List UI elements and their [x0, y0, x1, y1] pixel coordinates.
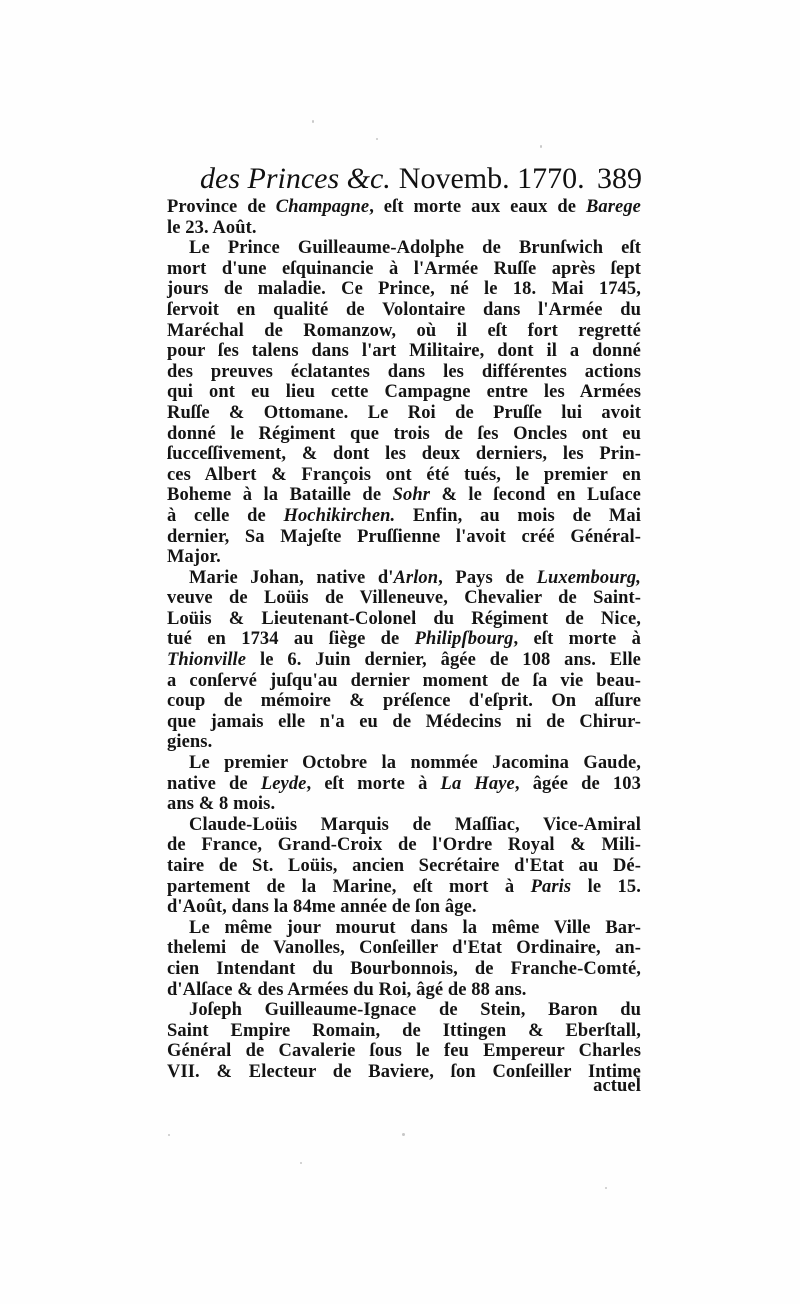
scan-speck [376, 138, 378, 140]
catchword-line: actuel [167, 1076, 641, 1097]
text-run: cien Intendant du Bourbonnois, de Franch… [167, 959, 641, 979]
text-line: ces Albert & François ont été tués, le p… [167, 465, 641, 486]
text-line: tué en 1734 au ſiège de Philipſbourg, eſ… [167, 629, 641, 650]
text-run: Ruſſe & Ottomane. Le Roi de Pruſſe lui a… [167, 403, 641, 423]
text-line: Marie Johan, native d'Arlon, Pays de Lux… [167, 568, 641, 589]
text-run: Le Prince Guilleaume-Adolphe de Brunſwic… [189, 238, 641, 258]
text-line: taire de St. Loüis, ancien Secrétaire d'… [167, 856, 641, 877]
body-text: Province de Champagne, eſt morte aux eau… [167, 197, 641, 1083]
text-run: dernier, Sa Majeſte Pruſſienne l'avoit c… [167, 527, 641, 547]
text-run: ſucceſſivement, & dont les deux derniers… [167, 444, 641, 464]
scan-speck [312, 120, 314, 123]
text-run: , Pays de [438, 568, 536, 588]
text-run: Le même jour mourut dans la même Ville B… [189, 918, 641, 938]
text-run: des preuves éclatantes dans les différen… [167, 362, 641, 382]
running-head-date: Novemb. 1770. [399, 162, 585, 195]
text-line: d'Août, dans la 84me année de ſon âge. [167, 897, 641, 918]
text-line: donné le Régiment que trois de ſes Oncle… [167, 424, 641, 445]
text-line: le 23. Août. [167, 218, 641, 239]
text-line: a conſervé juſqu'au dernier moment de ſa… [167, 671, 641, 692]
running-head: des Princes &c.Novemb. 1770. 389 [200, 162, 642, 196]
text-run: coup de mémoire & préſence d'eſprit. On … [167, 691, 641, 711]
text-line: cien Intendant du Bourbonnois, de Franch… [167, 959, 641, 980]
text-line: ſervoit en qualité de Volontaire dans l'… [167, 300, 641, 321]
text-run: , âgée de 103 [515, 774, 641, 794]
italic-place-name: Barege [586, 197, 641, 217]
text-line: Claude-Loüis Marquis de Maſſiac, Vice-Am… [167, 815, 641, 836]
italic-place-name: Luxembourg, [537, 568, 641, 588]
text-run: Maréchal de Romanzow, où il eſt fort reg… [167, 321, 641, 341]
text-run: à celle de [167, 506, 283, 526]
scan-speck [168, 1134, 170, 1136]
text-line: Le premier Octobre la nommée Jacomina Ga… [167, 753, 641, 774]
text-run: Le premier Octobre la nommée Jacomina Ga… [189, 753, 641, 773]
text-run: veuve de Loüis de Villeneuve, Chevalier … [167, 588, 641, 608]
text-line: jours de maladie. Ce Prince, né le 18. M… [167, 279, 641, 300]
text-run: mort d'une eſquinancie à l'Armée Ruſſe a… [167, 259, 641, 279]
scan-speck [300, 1162, 302, 1164]
text-run: ſervoit en qualité de Volontaire dans l'… [167, 300, 641, 320]
text-run: jours de maladie. Ce Prince, né le 18. M… [167, 279, 641, 299]
text-run: Marie Johan, native d' [189, 568, 393, 588]
text-run: donné le Régiment que trois de ſes Oncle… [167, 424, 641, 444]
text-line: que jamais elle n'a eu de Médecins ni de… [167, 712, 641, 733]
scanned-page: des Princes &c.Novemb. 1770. 389 Provinc… [0, 0, 800, 1304]
text-line: Général de Cavalerie ſous le feu Empereu… [167, 1041, 641, 1062]
text-run: , eſt morte aux eaux de [369, 197, 586, 217]
text-run: ces Albert & François ont été tués, le p… [167, 465, 641, 485]
text-run: native de [167, 774, 261, 794]
text-line: pour ſes talens dans l'art Militaire, do… [167, 341, 641, 362]
italic-place-name: Hochikirchen. [283, 506, 395, 526]
text-run: d'Août, dans la 84me année de ſon âge. [167, 897, 477, 917]
text-run: d'Alſace & des Armées du Roi, âgé de 88 … [167, 980, 527, 1000]
scan-speck [605, 1187, 607, 1189]
text-line: thelemi de Vanolles, Conſeiller d'Etat O… [167, 938, 641, 959]
text-line: Maréchal de Romanzow, où il eſt fort reg… [167, 321, 641, 342]
text-line: Le Prince Guilleaume-Adolphe de Brunſwic… [167, 238, 641, 259]
text-run: thelemi de Vanolles, Conſeiller d'Etat O… [167, 938, 641, 958]
text-run: Général de Cavalerie ſous le feu Empereu… [167, 1041, 641, 1061]
text-run: Claude-Loüis Marquis de Maſſiac, Vice-Am… [189, 815, 641, 835]
text-run: taire de St. Loüis, ancien Secrétaire d'… [167, 856, 641, 876]
text-line: partement de la Marine, eſt mort à Paris… [167, 877, 641, 898]
italic-place-name: Arlon [393, 568, 438, 588]
text-run: le 15. [571, 877, 641, 897]
text-line: Major. [167, 547, 641, 568]
text-line: ſucceſſivement, & dont les deux derniers… [167, 444, 641, 465]
text-line: qui ont eu lieu cette Campagne entre les… [167, 382, 641, 403]
text-line: native de Leyde, eſt morte à La Haye, âg… [167, 774, 641, 795]
text-run: de France, Grand-Croix de l'Ordre Royal … [167, 835, 641, 855]
text-run: , eſt morte à [307, 774, 441, 794]
text-line: Ruſſe & Ottomane. Le Roi de Pruſſe lui a… [167, 403, 641, 424]
text-line: Saint Empire Romain, de Ittingen & Eberſ… [167, 1021, 641, 1042]
text-run: que jamais elle n'a eu de Médecins ni de… [167, 712, 641, 732]
text-line: veuve de Loüis de Villeneuve, Chevalier … [167, 588, 641, 609]
text-line: de France, Grand-Croix de l'Ordre Royal … [167, 835, 641, 856]
text-run: qui ont eu lieu cette Campagne entre les… [167, 382, 641, 402]
text-run: Saint Empire Romain, de Ittingen & Eberſ… [167, 1021, 641, 1041]
italic-place-name: La Haye [441, 774, 515, 794]
text-line: d'Alſace & des Armées du Roi, âgé de 88 … [167, 980, 641, 1001]
text-run: Boheme à la Bataille de [167, 485, 393, 505]
text-line: Boheme à la Bataille de Sohr & le ſecond… [167, 485, 641, 506]
text-run: , eſt morte à [514, 629, 641, 649]
text-line: des preuves éclatantes dans les différen… [167, 362, 641, 383]
running-head-title: des Princes &c. [200, 162, 391, 195]
italic-place-name: Leyde [261, 774, 307, 794]
text-run: pour ſes talens dans l'art Militaire, do… [167, 341, 641, 361]
text-run: Joſeph Guilleaume-Ignace de Stein, Baron… [189, 1000, 641, 1020]
italic-place-name: Sohr [393, 485, 430, 505]
text-run: tué en 1734 au ſiège de [167, 629, 415, 649]
text-line: Thionville le 6. Juin dernier, âgée de 1… [167, 650, 641, 671]
text-line: Province de Champagne, eſt morte aux eau… [167, 197, 641, 218]
italic-place-name: Paris [531, 877, 572, 897]
italic-place-name: Champagne [276, 197, 369, 217]
text-line: à celle de Hochikirchen. Enfin, au mois … [167, 506, 641, 527]
text-run: a conſervé juſqu'au dernier moment de ſa… [167, 671, 641, 691]
italic-place-name: Thionville [167, 650, 246, 670]
text-line: ans & 8 mois. [167, 794, 641, 815]
text-line: coup de mémoire & préſence d'eſprit. On … [167, 691, 641, 712]
text-line: Joſeph Guilleaume-Ignace de Stein, Baron… [167, 1000, 641, 1021]
text-run: partement de la Marine, eſt mort à [167, 877, 531, 897]
text-line: giens. [167, 732, 641, 753]
text-run: & le ſecond en Luſace [430, 485, 641, 505]
text-run: Major. [167, 547, 221, 567]
text-run: le 23. Août. [167, 218, 257, 238]
text-run: le 6. Juin dernier, âgée de 108 ans. Ell… [246, 650, 641, 670]
text-run: ans & 8 mois. [167, 794, 275, 814]
text-line: Loüis & Lieutenant-Colonel du Régiment d… [167, 609, 641, 630]
scan-speck [402, 1133, 405, 1136]
text-run: Enfin, au mois de Mai [395, 506, 641, 526]
page-number: 389 [597, 162, 642, 196]
text-line: dernier, Sa Majeſte Pruſſienne l'avoit c… [167, 527, 641, 548]
text-line: Le même jour mourut dans la même Ville B… [167, 918, 641, 939]
text-line: mort d'une eſquinancie à l'Armée Ruſſe a… [167, 259, 641, 280]
italic-place-name: Philipſbourg [415, 629, 514, 649]
text-run: giens. [167, 732, 212, 752]
text-run: Loüis & Lieutenant-Colonel du Régiment d… [167, 609, 641, 629]
text-run: Province de [167, 197, 276, 217]
scan-speck [540, 145, 542, 148]
catchword: actuel [593, 1076, 641, 1096]
